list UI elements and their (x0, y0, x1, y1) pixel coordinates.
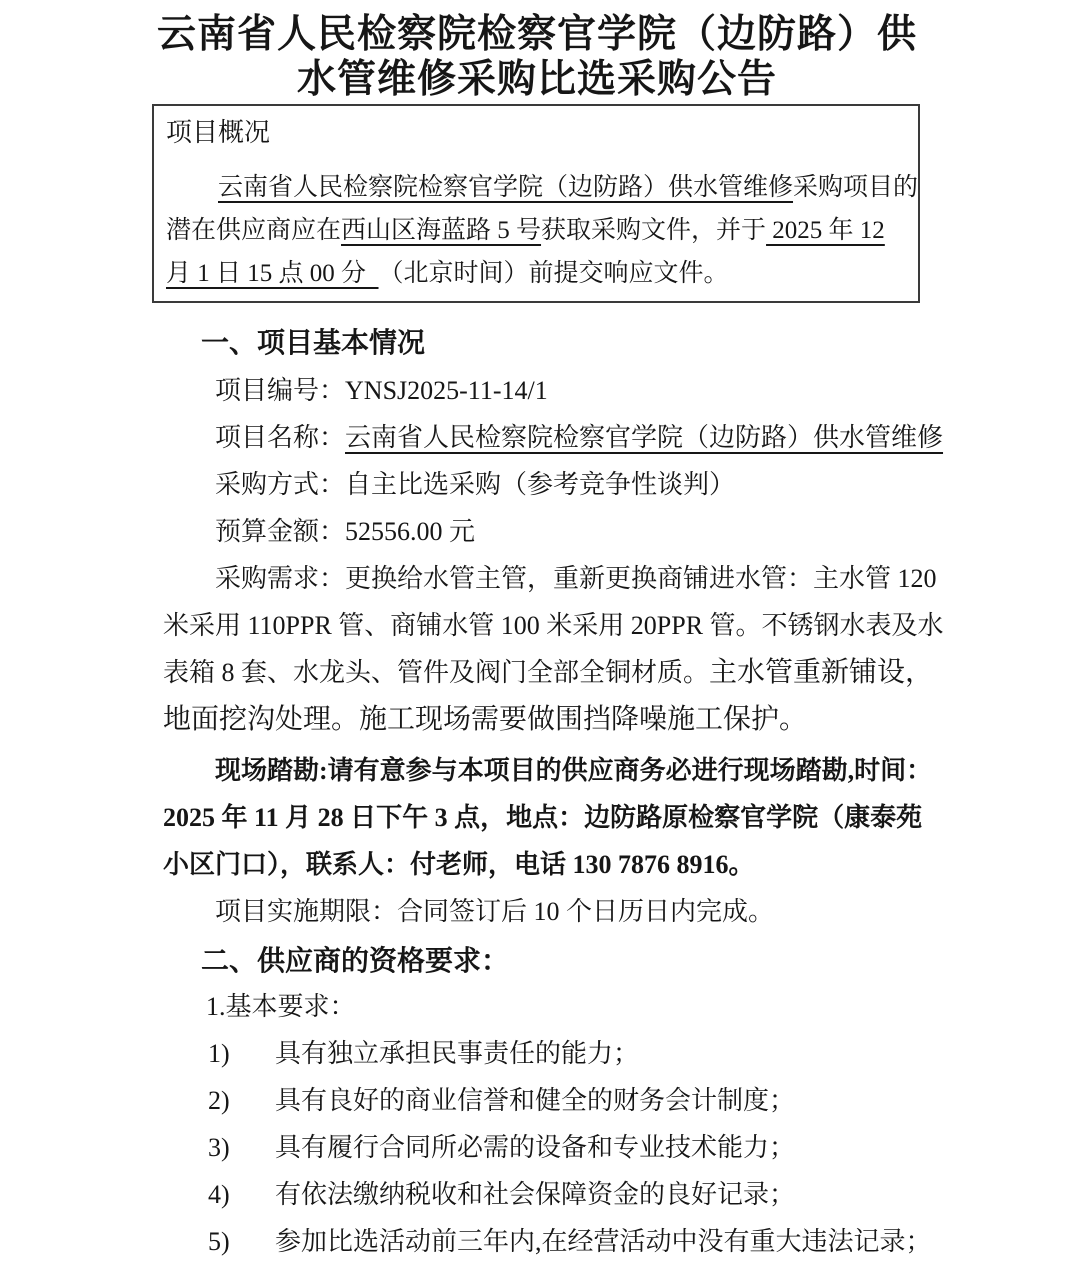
site-visit-line-3: 小区门口），联系人：付老师，电话 130 7876 8916。 (163, 841, 964, 888)
document-page: 云南省人民检察院检察官学院（边防路）供 水管维修采购比选采购公告 项目概况 云南… (0, 0, 1074, 1262)
project-name-line: 项目名称：云南省人民检察院检察官学院（边防路）供水管维修 (163, 414, 964, 461)
site-visit-paragraph: 现场踏勘:请有意参与本项目的供应商务必进行现场踏勘,时间： 2025 年 11 … (163, 747, 964, 888)
demand-line-2: 米采用 110PPR 管、商铺水管 100 米采用 20PPR 管。不锈钢水表及… (163, 602, 964, 649)
overview-line-2: 潜在供应商应在西山区海蓝路 5 号获取采购文件，并于 2025 年 12 (166, 209, 906, 252)
project-number-label: 项目编号： (215, 376, 345, 405)
overview-line2-pre: 潜在供应商应在 (166, 217, 341, 244)
implementation-period-line: 项目实施期限：合同签订后 10 个日历日内完成。 (163, 888, 964, 935)
overview-project-name-underlined: 云南省人民检察院检察官学院（边防路）供水管维修 (218, 174, 793, 201)
document-title-line1: 云南省人民检察院检察官学院（边防路）供 (0, 12, 1074, 57)
requirement-item-2-number: 2) (208, 1077, 275, 1124)
overview-deadline-time-underlined: 月 1 日 15 点 00 分 (166, 260, 379, 287)
site-visit-line-2: 2025 年 11 月 28 日下午 3 点，地点：边防路原检察官学院（康泰苑 (163, 794, 964, 841)
procurement-method-label: 采购方式： (215, 470, 345, 499)
requirement-item-4-text: 有依法缴纳税收和社会保障资金的良好记录； (275, 1171, 795, 1218)
demand-line-4: 地面挖沟处理。施工现场需要做围挡降噪施工保护。 (163, 696, 964, 743)
demand-line-1: 采购需求：更换给水管主管，重新更换商铺进水管：主水管 120 (163, 555, 964, 602)
requirement-item-4-number: 4) (208, 1171, 275, 1218)
overview-address-underlined: 西山区海蓝路 5 号 (341, 217, 541, 244)
demand-line3-kai: 表箱 8 套、水龙头、管件及阀门全部全铜材质。 (163, 658, 709, 687)
requirement-item-3-number: 3) (208, 1124, 275, 1171)
document-title-line2: 水管维修采购比选采购公告 (0, 57, 1074, 102)
requirement-item-2-text: 具有良好的商业信誉和健全的财务会计制度； (275, 1077, 795, 1124)
section2-heading: 二、供应商的资格要求： (201, 943, 964, 979)
overview-line2-mid: 获取采购文件，并于 (541, 217, 766, 244)
site-visit-line-1: 现场踏勘:请有意参与本项目的供应商务必进行现场踏勘,时间： (163, 747, 964, 794)
project-name-label: 项目名称： (215, 423, 345, 452)
requirement-item-1-text: 具有独立承担民事责任的能力； (275, 1030, 639, 1077)
overview-deadline-date-underlined: 2025 年 12 (766, 217, 885, 244)
budget-line: 预算金额：52556.00 元 (163, 508, 964, 555)
procurement-method-line: 采购方式：自主比选采购（参考竞争性谈判） (163, 461, 964, 508)
project-name-value: 云南省人民检察院检察官学院（边防路）供水管维修 (345, 423, 943, 452)
procurement-method-value: 自主比选采购（参考竞争性谈判） (345, 470, 735, 499)
overview-line3-rest: （北京时间）前提交响应文件。 (379, 260, 729, 287)
section1-heading: 一、项目基本情况 (201, 325, 964, 361)
requirement-item-2: 2)具有良好的商业信誉和健全的财务会计制度； (163, 1077, 964, 1124)
overview-line-3: 月 1 日 15 点 00 分 （北京时间）前提交响应文件。 (166, 252, 906, 295)
requirement-item-4: 4)有依法缴纳税收和社会保障资金的良好记录； (163, 1171, 964, 1218)
procurement-demand-paragraph: 采购需求：更换给水管主管，重新更换商铺进水管：主水管 120 米采用 110PP… (163, 555, 964, 743)
demand-line-3: 表箱 8 套、水龙头、管件及阀门全部全铜材质。主水管重新铺设， (163, 649, 964, 696)
document-title: 云南省人民检察院检察官学院（边防路）供 水管维修采购比选采购公告 (0, 0, 1074, 102)
requirement-item-3: 3)具有履行合同所必需的设备和专业技术能力； (163, 1124, 964, 1171)
requirement-item-5-number: 5) (208, 1218, 275, 1262)
project-overview-box: 项目概况 云南省人民检察院检察官学院（边防路）供水管维修采购项目的 潜在供应商应… (152, 104, 920, 303)
basic-requirements-subheading: 1.基本要求： (163, 983, 964, 1030)
requirement-item-1-number: 1) (208, 1030, 275, 1077)
requirement-item-5-text: 参加比选活动前三年内,在经营活动中没有重大违法记录； (275, 1218, 932, 1262)
project-number-value: YNSJ2025-11-14/1 (345, 376, 548, 405)
requirement-item-3-text: 具有履行合同所必需的设备和专业技术能力； (275, 1124, 795, 1171)
project-number-line: 项目编号：YNSJ2025-11-14/1 (163, 367, 964, 414)
budget-label: 预算金额： (215, 517, 345, 546)
demand-line3-song: 主水管重新铺设， (709, 657, 933, 688)
document-body: 一、项目基本情况 项目编号：YNSJ2025-11-14/1 项目名称：云南省人… (0, 325, 1074, 1262)
overview-heading: 项目概况 (166, 114, 906, 152)
requirement-item-1: 1)具有独立承担民事责任的能力； (163, 1030, 964, 1077)
budget-value: 52556.00 元 (345, 517, 475, 546)
requirement-item-5: 5)参加比选活动前三年内,在经营活动中没有重大违法记录； (163, 1218, 964, 1262)
overview-line1-rest: 采购项目的 (793, 174, 918, 201)
overview-line-1: 云南省人民检察院检察官学院（边防路）供水管维修采购项目的 (166, 166, 906, 209)
